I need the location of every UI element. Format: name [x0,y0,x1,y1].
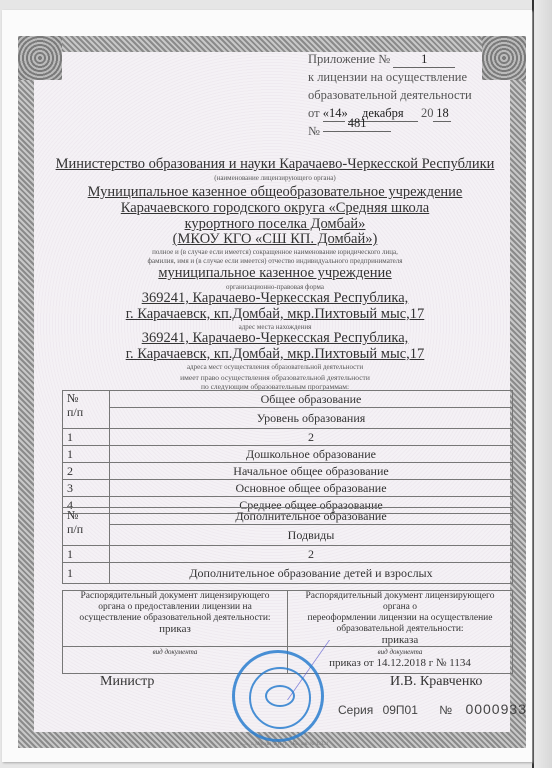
license-number-value: 481 [323,116,391,132]
licensee-caption-1: полное и (в случае если имеется) сокраще… [40,248,510,256]
appendix-label: Приложение № [308,52,390,66]
table-header-row: № п/п Дополнительное образование [63,508,513,525]
table-header-row: Подвиды [63,525,513,546]
table-row: 1 Дополнительное образование детей и взр… [63,563,513,584]
reissuance-line: Распорядительный документ лицензирующего… [292,591,508,613]
appendix-number: Приложение № 1 [308,52,455,68]
date-prefix: от [308,106,320,120]
address-line-1: 369241, Карачаево-Черкесская Республика, [40,290,510,307]
corner-ornament-icon [482,36,526,80]
general-table-title: Общее образование [110,391,513,408]
table-header-row: № п/п Общее образование [63,391,513,408]
row-number: 3 [63,480,110,497]
documents-row: Распорядительный документ лицензирующего… [63,591,513,647]
date-year-prefix: 20 [421,106,434,120]
education-level: Основное общее образование [110,480,513,497]
printer-note: «...», г. Москва, 2012 г., «Б», зак. № 1… [240,742,328,747]
official-seal-icon [232,650,324,742]
additional-education-table: № п/п Дополнительное образование Подвиды… [62,507,513,584]
appendix-line-2: к лицензии на осуществление [308,70,467,85]
index-cell: 2 [110,429,513,446]
serial-number-label: № [439,703,452,717]
reissuance-line: переоформлении лицензии на осуществление [292,613,508,624]
issuance-line: органа о предоставлении лицензии на [67,602,283,613]
licensing-authority-caption: (наименование лицензирующего органа) [40,174,510,182]
serial-block: Серия 09П01 № 0000933 [338,701,527,717]
row-number: 1 [63,563,110,584]
series-value: 09П01 [383,703,418,717]
education-level: Дошкольное образование [110,446,513,463]
table-row: 1 Дошкольное образование [63,446,513,463]
num-header-pp: п/п [67,522,83,536]
num-header: № п/п [63,508,110,546]
appendix-line-3: образовательной деятельности [308,88,472,103]
issuance-doc-type: приказ [67,624,283,635]
issuance-document: Распорядительный документ лицензирующего… [63,591,288,647]
address-line-2: г. Карачаевск, кп.Домбай, мкр.Пихтовый м… [40,306,510,323]
table-index-row: 1 2 [63,546,513,563]
num-header-symbol: № [67,391,78,405]
table-header-row: Уровень образования [63,408,513,429]
index-cell: 1 [63,546,110,563]
additional-table-title: Дополнительное образование [110,508,513,525]
num-header: № п/п [63,391,110,429]
activity-address-line-2: г. Карачаевск, кп.Домбай, мкр.Пихтовый м… [40,346,510,363]
general-education-table: № п/п Общее образование Уровень образова… [62,390,513,514]
licensee-name-line-2: Карачаевского городского округа «Средняя… [40,200,510,217]
row-number: 2 [63,463,110,480]
corner-ornament-icon [18,36,62,80]
license-number-label: № [308,124,320,138]
general-table-subtitle: Уровень образования [110,408,513,429]
license-number: № 481 [308,124,391,140]
num-header-pp: п/п [67,405,83,419]
licensee-name-line-1: Муниципальное казенное общеобразовательн… [40,184,510,201]
signatory-name: И.В. Кравченко [390,674,482,690]
licensee-short-name: (МКОУ КГО «СШ КП. Домбай») [40,231,510,248]
licensing-authority: Министерство образования и науки Карачае… [40,156,510,173]
page-edge [532,0,552,768]
additional-table-subtitle: Подвиды [110,525,513,546]
num-header-symbol: № [67,508,78,522]
activity-address-caption: адреса мест осуществления образовательно… [40,363,510,371]
serial-number-value: 0000933 [465,701,527,717]
legal-form: муниципальное казенное учреждение [40,265,510,282]
rights-line-1: имеет право осуществления образовательно… [40,373,510,382]
education-subtype: Дополнительное образование детей и взрос… [110,563,513,584]
issuance-line: Распорядительный документ лицензирующего [67,591,283,602]
series-label: Серия [338,703,373,717]
table-row: 2 Начальное общее образование [63,463,513,480]
appendix-number-value: 1 [393,52,455,68]
education-level: Начальное общее образование [110,463,513,480]
table-row: 3 Основное общее образование [63,480,513,497]
row-number: 1 [63,446,110,463]
index-cell: 2 [110,546,513,563]
reissuance-document: Распорядительный документ лицензирующего… [288,591,513,647]
table-index-row: 1 2 [63,429,513,446]
date-year-suffix: 18 [433,106,451,122]
activity-address-line-1: 369241, Карачаево-Черкесская Республика, [40,330,510,347]
signatory-position: Министр [100,674,154,690]
licensee-caption-2: фамилия, имя и (в случае если имеется) о… [40,257,510,265]
index-cell: 1 [63,429,110,446]
